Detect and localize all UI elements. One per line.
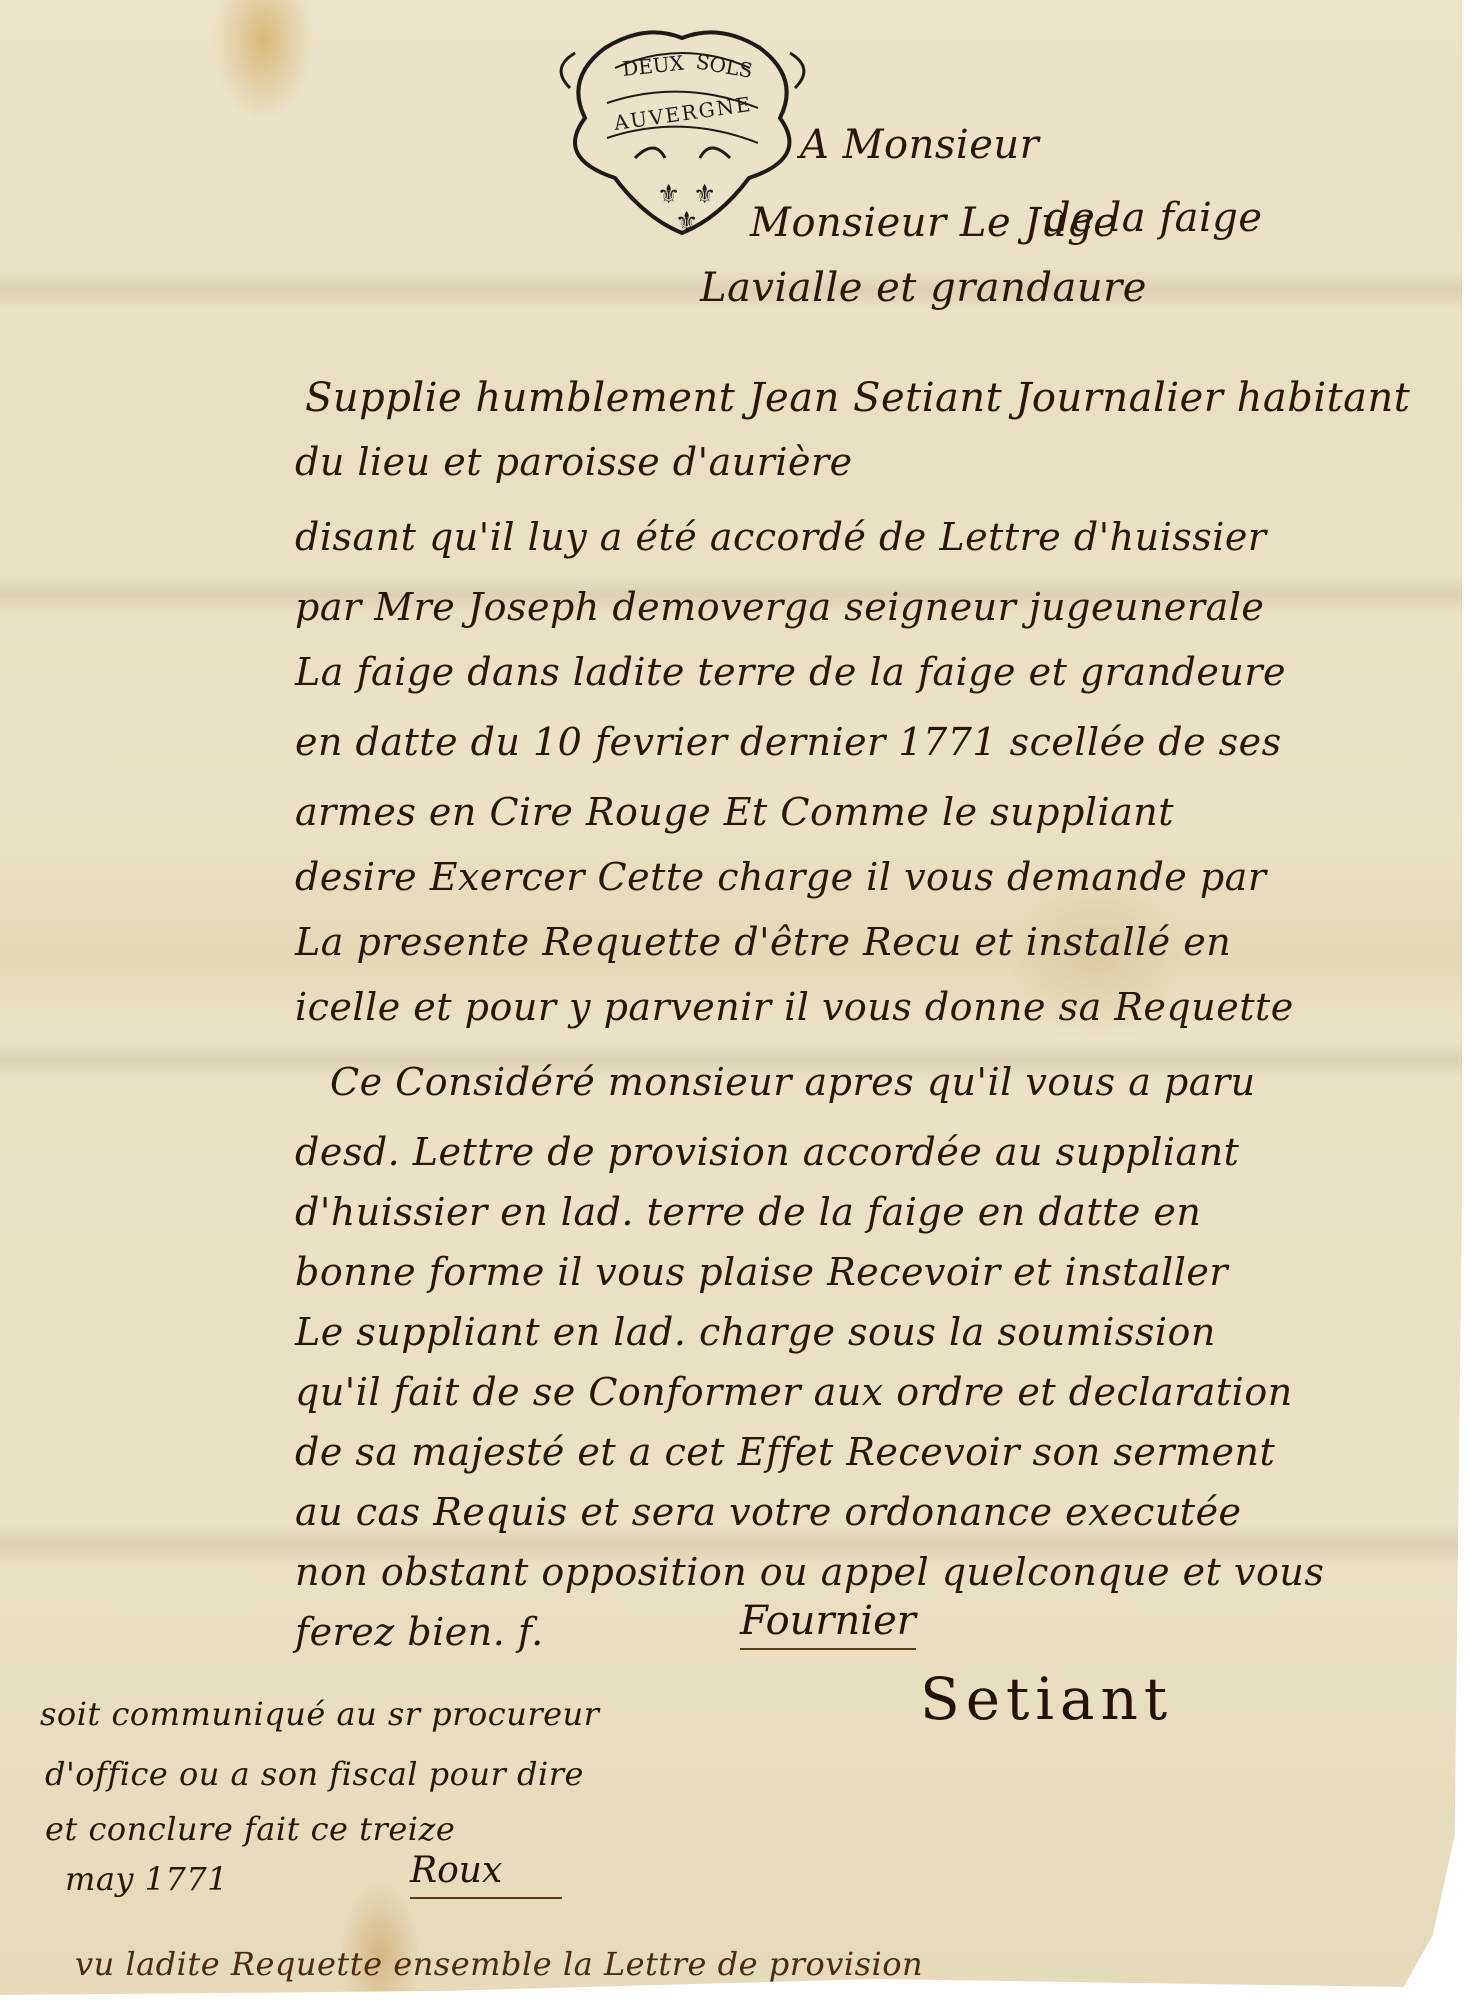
svg-text:DEUX: DEUX [621,51,686,81]
body-line: desd. Lettre de provision accordée au su… [295,1130,1239,1174]
svg-text:⚜: ⚜ [657,180,680,210]
body-line: non obstant opposition ou appel quelconq… [295,1550,1324,1594]
body-line: La presente Requette d'être Recu et inst… [295,920,1231,964]
body-line: du lieu et paroisse d'aurière [295,440,853,484]
address-line-2b: de la faige [1045,195,1263,241]
address-line-1: A Monsieur [800,122,1039,168]
svg-text:⚜: ⚜ [675,207,698,237]
body-line: d'huissier en lad. terre de la faige en … [295,1190,1201,1234]
body-line: icelle et pour y parvenir il vous donne … [295,985,1294,1029]
body-line: La faige dans ladite terre de la faige e… [295,650,1286,694]
body-line: bonne forme il vous plaise Recevoir et i… [295,1250,1228,1294]
svg-text:⚜: ⚜ [693,180,716,210]
body-line: desire Exercer Cette charge il vous dema… [295,855,1266,899]
body-line: ferez bien. f. [295,1610,544,1654]
manuscript-page: DEUX SOLS AUVERGNE ⚜ ⚜ ⚜ A Monsieur Mons… [0,0,1462,1995]
body-line: Supplie humblement Jean Setiant Journali… [305,375,1410,421]
margin-note-line: soit communiqué au sr procureur [40,1695,599,1733]
svg-text:AUVERGNE: AUVERGNE [611,92,753,135]
svg-text:SOLS: SOLS [694,49,754,83]
lawyer-signature: Fournier [740,1598,916,1650]
body-line: par Mre Joseph demoverga seigneur jugeun… [295,585,1264,629]
margin-note-line: may 1771 [65,1860,228,1898]
body-line: qu'il fait de se Conformer aux ordre et … [295,1370,1293,1414]
body-line: armes en Cire Rouge Et Comme le supplian… [295,790,1174,834]
footer-line: vu ladite Requette ensemble la Lettre de… [75,1945,923,1983]
petitioner-signature: Setiant [920,1665,1173,1733]
body-line: au cas Requis et sera votre ordonance ex… [295,1490,1242,1534]
body-line: Ce Considéré monsieur apres qu'il vous a… [330,1060,1256,1104]
judge-signature: Roux [410,1850,562,1899]
margin-note-line: d'office ou a son fiscal pour dire [45,1755,584,1793]
body-line: Le suppliant en lad. charge sous la soum… [295,1310,1216,1354]
body-line: disant qu'il luy a été accordé de Lettre… [295,515,1267,559]
address-line-3: Lavialle et grandaure [700,265,1147,311]
body-line: en datte du 10 fevrier dernier 1771 scel… [295,720,1282,764]
margin-note-line: et conclure fait ce treize [45,1810,455,1848]
body-line: de sa majesté et a cet Effet Recevoir so… [295,1430,1275,1474]
